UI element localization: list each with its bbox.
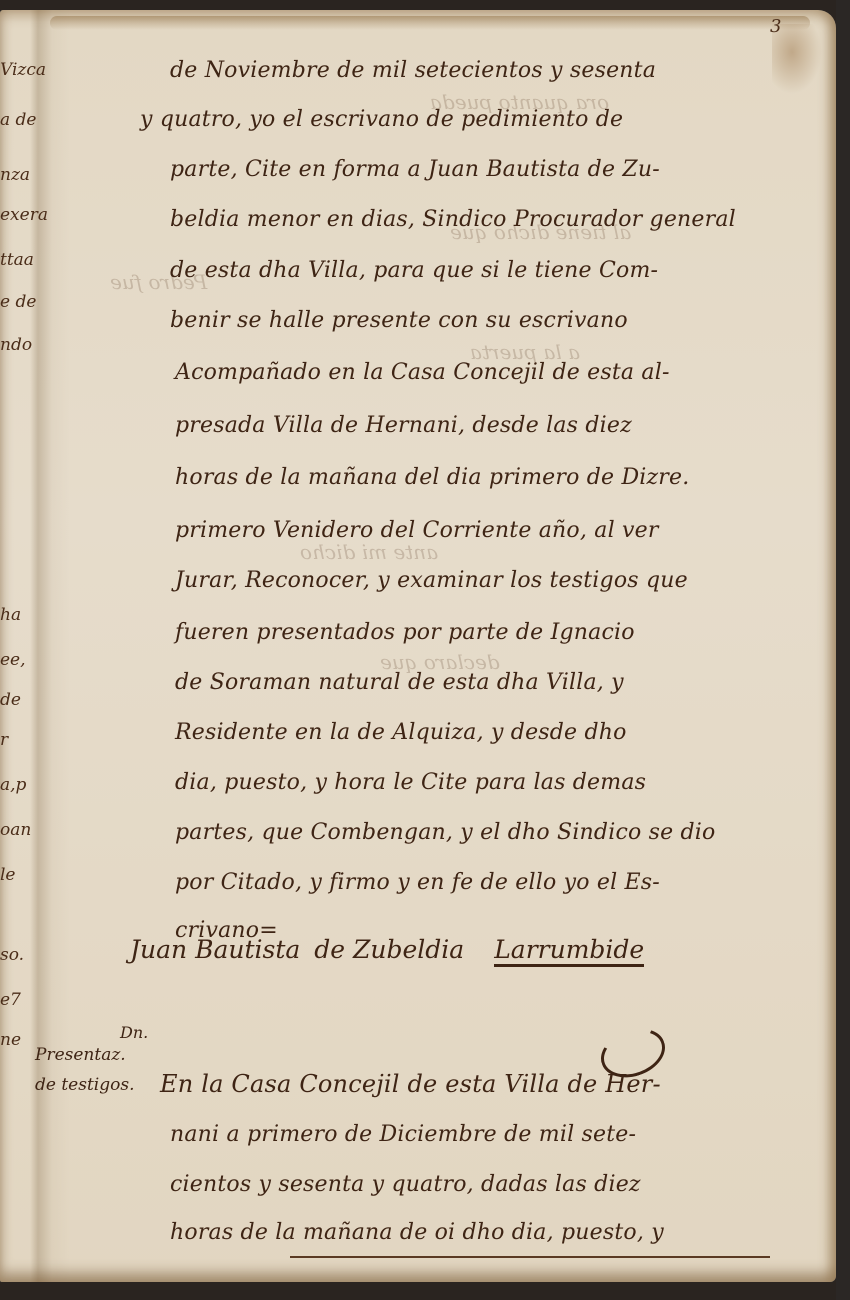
signature-surname: de Zubeldia <box>314 935 464 964</box>
text-line: Residente en la de Alquiza, y desde dho <box>175 720 627 745</box>
margin-fragment: oan <box>0 820 31 840</box>
signature-block: Juan Bautistade ZubeldiaLarrumbide <box>130 935 644 964</box>
margin-fragment: e7 <box>0 990 21 1010</box>
text-line: parte, Cite en forma a Juan Bautista de … <box>170 157 660 182</box>
text-line: benir se halle presente con su escrivano <box>170 308 628 333</box>
text-line: de esta dha Villa, para que si le tiene … <box>170 258 658 283</box>
closing-rule <box>290 1256 770 1258</box>
text-line: de Noviembre de mil setecientos y sesent… <box>170 58 656 83</box>
text-line: horas de la mañana de oi dho dia, puesto… <box>170 1220 664 1245</box>
margin-fragment: r <box>0 730 8 750</box>
text-line: dia, puesto, y hora le Cite para las dem… <box>175 770 646 795</box>
margin-fragment: Vizca <box>0 60 46 80</box>
text-line: beldia menor en dias, Sindico Procurador… <box>170 207 736 232</box>
margin-fragment: nza <box>0 165 30 185</box>
torn-top-edge <box>50 16 810 30</box>
text-line: y quatro, yo el escrivano de pedimiento … <box>140 107 623 132</box>
text-line: horas de la mañana del dia primero de Di… <box>175 465 689 490</box>
notary-signature: Larrumbide <box>494 935 644 967</box>
margin-abbreviation: Dn. <box>120 1018 148 1048</box>
margin-note-line: de testigos. <box>35 1070 134 1100</box>
margin-fragment: de <box>0 690 21 710</box>
margin-fragment: a,p <box>0 775 26 795</box>
text-line: Jurar, Reconocer, y examinar los testigo… <box>175 568 688 593</box>
scanned-manuscript: ora quanto pueda al tiene dicho que Pedr… <box>0 0 850 1300</box>
margin-fragment: ha <box>0 605 21 625</box>
text-line: Acompañado en la Casa Concejil de esta a… <box>175 360 670 385</box>
text-line: nani a primero de Diciembre de mil sete- <box>170 1122 636 1147</box>
text-line: primero Venidero del Corriente año, al v… <box>175 518 659 543</box>
margin-fragment: le <box>0 865 16 885</box>
signature-first-name: Juan Bautista <box>130 935 300 964</box>
text-line: partes, que Combengan, y el dho Sindico … <box>175 820 715 845</box>
folio-number: 3 <box>770 16 781 37</box>
text-line: cientos y sesenta y quatro, dadas las di… <box>170 1172 641 1197</box>
margin-fragment: ne <box>0 1030 21 1050</box>
scan-border <box>836 0 850 1300</box>
text-line: fueren presentados por parte de Ignacio <box>175 620 635 645</box>
bleed-through-text: ante mi dicho <box>300 540 438 564</box>
margin-fragment: ttaa <box>0 250 34 270</box>
text-line: de Soraman natural de esta dha Villa, y <box>175 670 624 695</box>
text-line: por Citado, y firmo y en fe de ello yo e… <box>175 870 660 895</box>
margin-fragment: e de <box>0 292 36 312</box>
margin-fragment: ee, <box>0 650 26 670</box>
margin-fragment: ndo <box>0 335 32 355</box>
margin-fragment: a de <box>0 110 36 130</box>
margin-fragment: so. <box>0 945 24 965</box>
margin-annotation: Dn. Presentaz. de testigos. <box>35 1040 134 1100</box>
text-line: En la Casa Concejil de esta Villa de Her… <box>160 1070 661 1098</box>
margin-fragment: exera <box>0 205 48 225</box>
text-line: presada Villa de Hernani, desde las diez <box>175 413 632 438</box>
